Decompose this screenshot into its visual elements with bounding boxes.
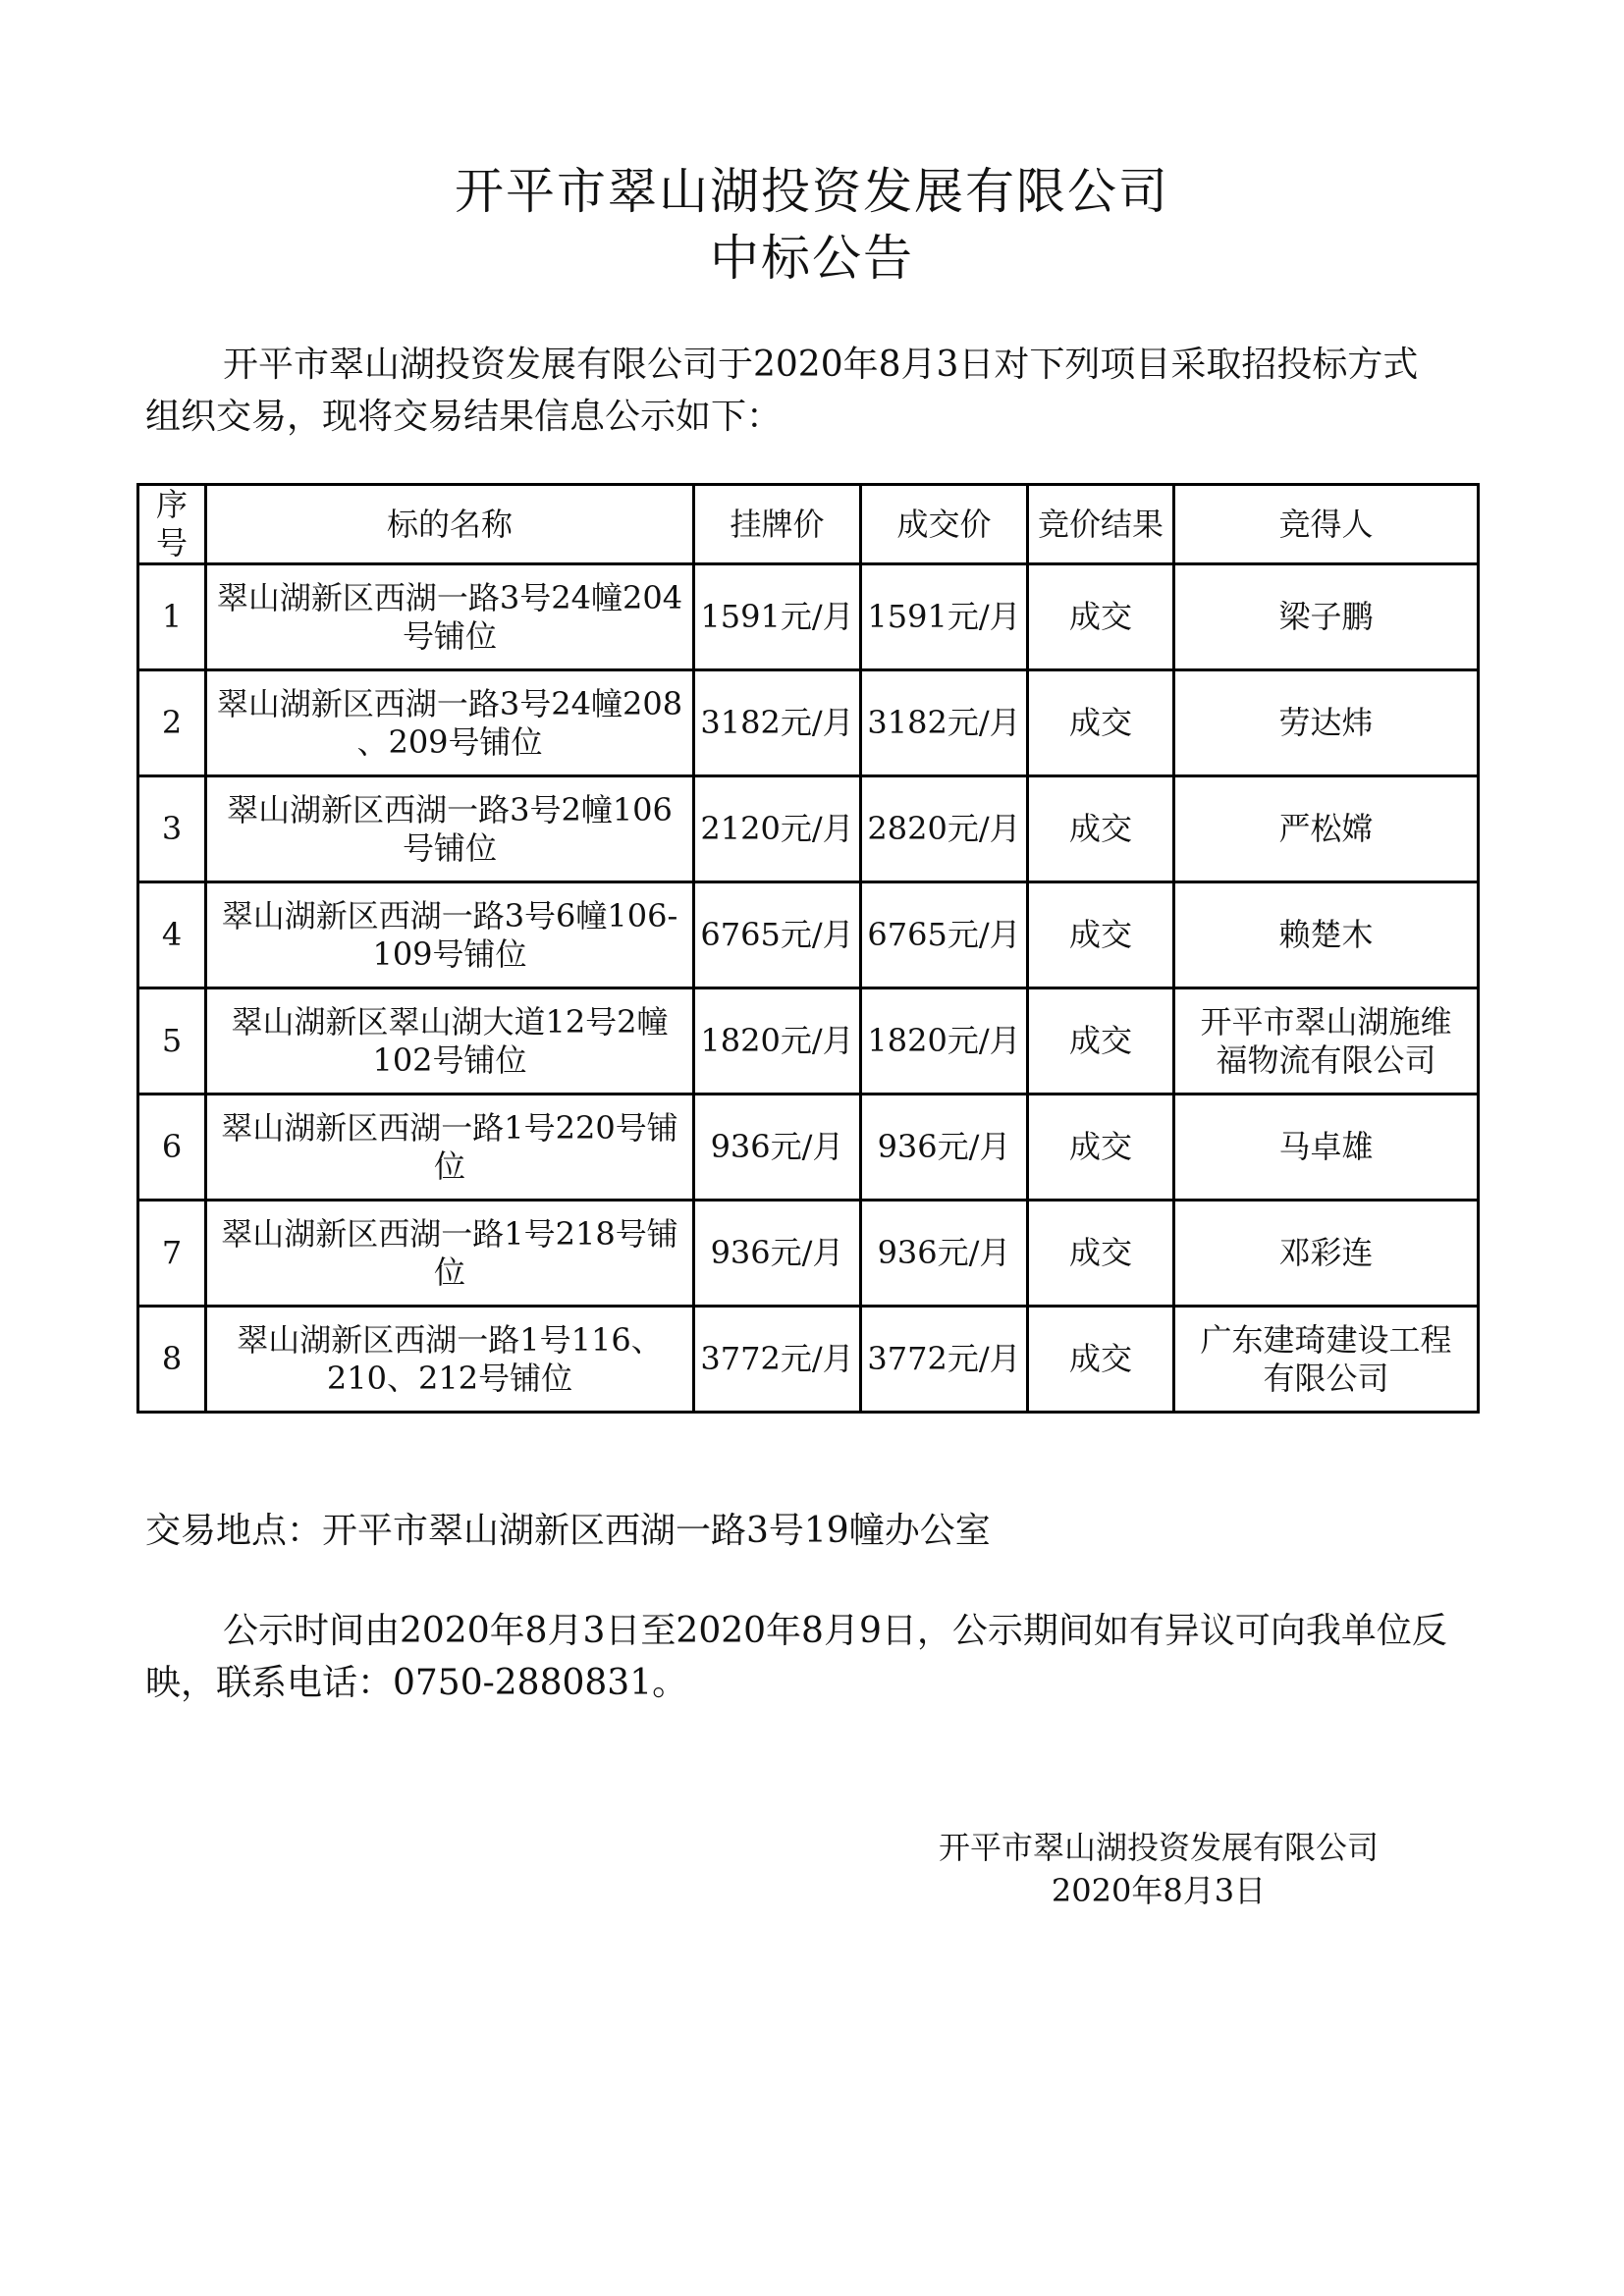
- signature-date: 2020年8月3日: [884, 1867, 1434, 1914]
- table-row: 1 翠山湖新区西湖一路3号24幢204号铺位 1591元/月 1591元/月 成…: [138, 564, 1479, 670]
- cell-winner: 邓彩连: [1174, 1201, 1479, 1307]
- cell-list-price: 1591元/月: [694, 564, 861, 670]
- col-header-no: 序号: [138, 485, 206, 564]
- cell-list-price: 936元/月: [694, 1095, 861, 1201]
- cell-name: 翠山湖新区西湖一路1号218号铺位: [206, 1201, 694, 1307]
- publicity-line-1: 公示时间由2020年8月3日至2020年8月9日，公示期间如有异议可向我单位反: [145, 1605, 1481, 1657]
- col-header-deal-price: 成交价: [861, 485, 1028, 564]
- cell-list-price: 3772元/月: [694, 1307, 861, 1413]
- cell-list-price: 6765元/月: [694, 882, 861, 988]
- cell-name: 翠山湖新区西湖一路3号24幢204号铺位: [206, 564, 694, 670]
- cell-no: 3: [138, 776, 206, 882]
- cell-deal-price: 3772元/月: [861, 1307, 1028, 1413]
- cell-result: 成交: [1028, 1307, 1174, 1413]
- table-row: 6 翠山湖新区西湖一路1号220号铺位 936元/月 936元/月 成交 马卓雄: [138, 1095, 1479, 1201]
- table-row: 5 翠山湖新区翠山湖大道12号2幢102号铺位 1820元/月 1820元/月 …: [138, 988, 1479, 1095]
- cell-list-price: 2120元/月: [694, 776, 861, 882]
- cell-no: 1: [138, 564, 206, 670]
- cell-no: 7: [138, 1201, 206, 1307]
- cell-deal-price: 3182元/月: [861, 670, 1028, 776]
- col-header-list-price: 挂牌价: [694, 485, 861, 564]
- signature-company: 开平市翠山湖投资发展有限公司: [884, 1824, 1434, 1871]
- cell-name: 翠山湖新区西湖一路1号220号铺位: [206, 1095, 694, 1201]
- cell-no: 6: [138, 1095, 206, 1201]
- results-table: 序号 标的名称 挂牌价 成交价 竞价结果 竞得人 1 翠山湖新区西湖一路3号24…: [136, 483, 1480, 1414]
- cell-list-price: 936元/月: [694, 1201, 861, 1307]
- cell-deal-price: 2820元/月: [861, 776, 1028, 882]
- intro-line-1: 开平市翠山湖投资发展有限公司于2020年8月3日对下列项目采取招投标方式: [145, 339, 1481, 391]
- cell-result: 成交: [1028, 564, 1174, 670]
- cell-deal-price: 936元/月: [861, 1201, 1028, 1307]
- publicity-paragraph: 公示时间由2020年8月3日至2020年8月9日，公示期间如有异议可向我单位反 …: [145, 1605, 1481, 1709]
- cell-result: 成交: [1028, 988, 1174, 1095]
- cell-result: 成交: [1028, 1201, 1174, 1307]
- cell-no: 8: [138, 1307, 206, 1413]
- col-header-winner: 竞得人: [1174, 485, 1479, 564]
- cell-winner: 赖楚木: [1174, 882, 1479, 988]
- cell-no: 4: [138, 882, 206, 988]
- company-title: 开平市翠山湖投资发展有限公司: [0, 159, 1624, 224]
- cell-winner: 劳达炜: [1174, 670, 1479, 776]
- cell-winner: 广东建琦建设工程有限公司: [1174, 1307, 1479, 1413]
- intro-paragraph: 开平市翠山湖投资发展有限公司于2020年8月3日对下列项目采取招投标方式 组织交…: [145, 339, 1481, 443]
- cell-list-price: 3182元/月: [694, 670, 861, 776]
- table-row: 8 翠山湖新区西湖一路1号116、210、212号铺位 3772元/月 3772…: [138, 1307, 1479, 1413]
- cell-winner: 严松嫦: [1174, 776, 1479, 882]
- table-row: 2 翠山湖新区西湖一路3号24幢208、209号铺位 3182元/月 3182元…: [138, 670, 1479, 776]
- cell-deal-price: 936元/月: [861, 1095, 1028, 1201]
- cell-name: 翠山湖新区西湖一路3号2幢106号铺位: [206, 776, 694, 882]
- col-header-result: 竞价结果: [1028, 485, 1174, 564]
- transaction-location: 交易地点：开平市翠山湖新区西湖一路3号19幢办公室: [145, 1505, 1481, 1557]
- col-header-name: 标的名称: [206, 485, 694, 564]
- table-row: 7 翠山湖新区西湖一路1号218号铺位 936元/月 936元/月 成交 邓彩连: [138, 1201, 1479, 1307]
- table-row: 4 翠山湖新区西湖一路3号6幢106-109号铺位 6765元/月 6765元/…: [138, 882, 1479, 988]
- intro-line-2: 组织交易，现将交易结果信息公示如下：: [145, 391, 1481, 443]
- cell-result: 成交: [1028, 882, 1174, 988]
- cell-result: 成交: [1028, 1095, 1174, 1201]
- cell-winner: 马卓雄: [1174, 1095, 1479, 1201]
- table-row: 3 翠山湖新区西湖一路3号2幢106号铺位 2120元/月 2820元/月 成交…: [138, 776, 1479, 882]
- notice-title: 中标公告: [0, 226, 1624, 291]
- cell-name: 翠山湖新区西湖一路3号6幢106-109号铺位: [206, 882, 694, 988]
- cell-no: 2: [138, 670, 206, 776]
- cell-name: 翠山湖新区翠山湖大道12号2幢102号铺位: [206, 988, 694, 1095]
- cell-deal-price: 1591元/月: [861, 564, 1028, 670]
- cell-winner: 梁子鹏: [1174, 564, 1479, 670]
- cell-no: 5: [138, 988, 206, 1095]
- cell-winner: 开平市翠山湖施维福物流有限公司: [1174, 988, 1479, 1095]
- cell-deal-price: 1820元/月: [861, 988, 1028, 1095]
- cell-name: 翠山湖新区西湖一路1号116、210、212号铺位: [206, 1307, 694, 1413]
- cell-name: 翠山湖新区西湖一路3号24幢208、209号铺位: [206, 670, 694, 776]
- cell-result: 成交: [1028, 776, 1174, 882]
- table-header-row: 序号 标的名称 挂牌价 成交价 竞价结果 竞得人: [138, 485, 1479, 564]
- publicity-line-2: 映，联系电话：0750-2880831。: [145, 1657, 1481, 1709]
- cell-list-price: 1820元/月: [694, 988, 861, 1095]
- cell-result: 成交: [1028, 670, 1174, 776]
- cell-deal-price: 6765元/月: [861, 882, 1028, 988]
